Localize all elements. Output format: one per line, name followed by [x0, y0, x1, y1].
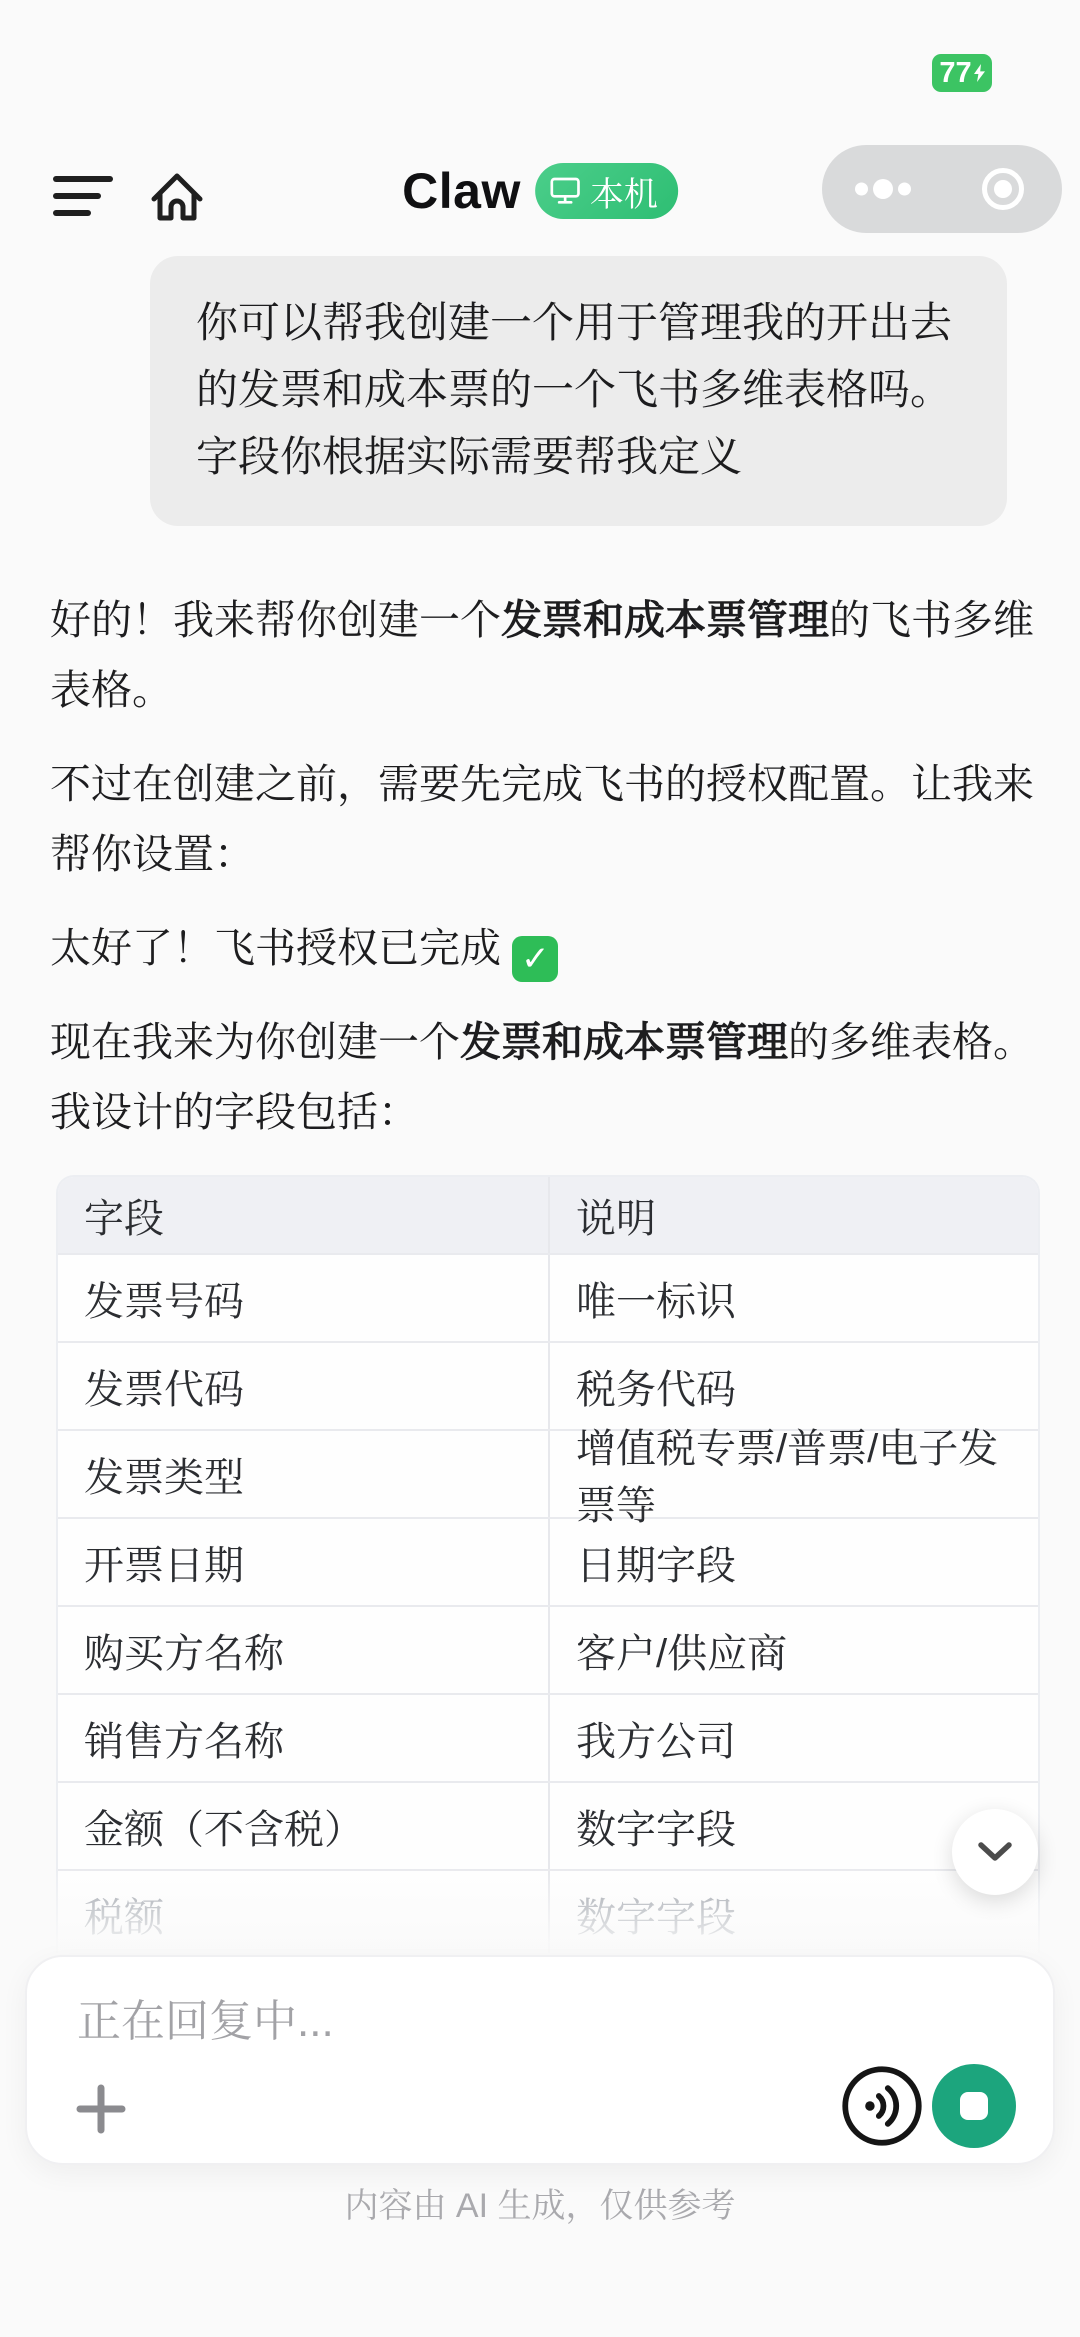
assistant-text: 现在我来为你创建一个 [50, 1019, 460, 1065]
field-description-cell: 数字字段 [548, 1871, 1038, 1953]
field-name-cell: 发票号码 [58, 1255, 548, 1341]
device-badge-label: 本机 [590, 167, 658, 216]
table-row: 销售方名称我方公司 [58, 1693, 1038, 1781]
home-icon[interactable] [146, 168, 208, 226]
user-message-bubble: 你可以帮我创建一个用于管理我的开出去的发票和成本票的一个飞书多维表格吗。字段你根… [150, 256, 1007, 526]
header-bar: Claw 本机 [0, 140, 1080, 255]
voice-wave-icon [840, 2064, 924, 2148]
more-icon[interactable] [855, 183, 868, 196]
assistant-paragraph: 好的！我来帮你创建一个发票和成本票管理的飞书多维表格。 [50, 585, 1048, 725]
voice-input-button[interactable] [840, 2064, 924, 2148]
fields-table: 字段 说明 发票号码唯一标识发票代码税务代码发票类型增值税专票/普票/电子发票等… [56, 1175, 1040, 1953]
table-header-description: 说明 [548, 1177, 1038, 1253]
table-row: 开票日期日期字段 [58, 1517, 1038, 1605]
field-name-cell: 销售方名称 [58, 1695, 548, 1781]
page-title: Claw 本机 [402, 162, 678, 220]
table-row: 税额数字字段 [58, 1869, 1038, 1953]
table-header-row: 字段 说明 [58, 1177, 1038, 1253]
field-name-cell: 发票类型 [58, 1431, 548, 1517]
assistant-message: 好的！我来帮你创建一个发票和成本票管理的飞书多维表格。不过在创建之前，需要先完成… [50, 585, 1048, 1171]
composer: 正在回复中... [25, 1955, 1055, 2165]
field-name-cell: 税额 [58, 1871, 548, 1953]
check-emoji: ✓ [512, 936, 558, 982]
assistant-text: 太好了！飞书授权已完成 [50, 925, 512, 971]
table-row: 购买方名称客户/供应商 [58, 1605, 1038, 1693]
user-message-text: 你可以帮我创建一个用于管理我的开出去的发票和成本票的一个飞书多维表格吗。字段你根… [196, 299, 952, 480]
monitor-icon [549, 176, 581, 206]
assistant-text: 不过在创建之前，需要先完成飞书的授权配置。让我来帮你设置： [50, 761, 1034, 877]
more-icon[interactable] [873, 179, 893, 199]
scroll-to-bottom-button[interactable] [952, 1809, 1038, 1895]
composer-status-text[interactable]: 正在回复中... [77, 1985, 334, 2049]
battery-percent: 77 [939, 57, 971, 90]
field-description-cell: 我方公司 [548, 1695, 1038, 1781]
app-screen: 77 Claw 本机 [0, 0, 1080, 2337]
capsule-circle-icon[interactable] [982, 168, 1024, 210]
battery-badge: 77 [932, 54, 992, 92]
table-row: 发票代码税务代码 [58, 1341, 1038, 1429]
field-description-cell: 唯一标识 [548, 1255, 1038, 1341]
assistant-text: 好的！我来帮你创建一个 [50, 597, 501, 643]
device-badge: 本机 [535, 163, 678, 219]
chevron-down-icon [976, 1841, 1014, 1863]
charging-bolt-icon [974, 64, 985, 82]
menu-icon[interactable] [53, 176, 113, 218]
attach-button[interactable] [73, 2081, 129, 2137]
assistant-paragraph: 不过在创建之前，需要先完成飞书的授权配置。让我来帮你设置： [50, 749, 1048, 889]
stop-icon [960, 2092, 988, 2120]
more-icon[interactable] [898, 183, 911, 196]
ai-disclaimer: 内容由 AI 生成，仅供参考 [0, 2178, 1080, 2227]
field-name-cell: 金额（不含税） [58, 1783, 548, 1869]
field-name-cell: 购买方名称 [58, 1607, 548, 1693]
field-name-cell: 开票日期 [58, 1519, 548, 1605]
miniprogram-capsule[interactable] [822, 145, 1062, 233]
field-description-cell: 日期字段 [548, 1519, 1038, 1605]
assistant-paragraph: 现在我来为你创建一个发票和成本票管理的多维表格。我设计的字段包括： [50, 1007, 1048, 1147]
field-description-cell: 增值税专票/普票/电子发票等 [548, 1431, 1038, 1517]
assistant-text: 发票和成本票管理 [501, 597, 829, 643]
table-header-field: 字段 [58, 1177, 548, 1253]
stop-generating-button[interactable] [932, 2064, 1016, 2148]
table-row: 发票号码唯一标识 [58, 1253, 1038, 1341]
assistant-text: 发票和成本票管理 [460, 1019, 788, 1065]
table-row: 金额（不含税）数字字段 [58, 1781, 1038, 1869]
field-description-cell: 客户/供应商 [548, 1607, 1038, 1693]
app-title: Claw [402, 162, 521, 220]
assistant-paragraph: 太好了！飞书授权已完成 ✓ [50, 913, 1048, 983]
table-row: 发票类型增值税专票/普票/电子发票等 [58, 1429, 1038, 1517]
plus-icon [76, 2084, 126, 2134]
field-name-cell: 发票代码 [58, 1343, 548, 1429]
